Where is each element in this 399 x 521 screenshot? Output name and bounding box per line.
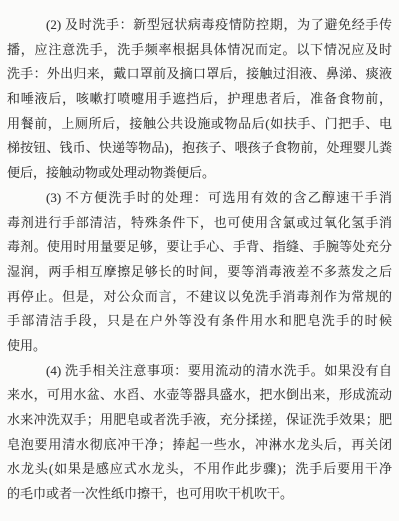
text-line: 的毛巾或者一次性纸巾擦干，也可用吹干机吹干。 bbox=[7, 482, 392, 507]
text-line: (3) 不方便洗手时的处理：可选用有效的含乙醇速干手消 bbox=[7, 186, 392, 211]
text-line: 再停止。但是，对公众而言，不建议以免洗手消毒剂作为常规的 bbox=[7, 285, 392, 310]
text-line: (4) 洗手相关注意事项：要用流动的清水洗手。如果没有自 bbox=[7, 359, 392, 384]
text-line: (2) 及时洗手：新型冠状病毒疫情防控期，为了避免经手传 bbox=[7, 13, 392, 38]
text-line: 便后，接触动物或处理动物粪便后。 bbox=[7, 161, 392, 186]
text-line: 和唾液后，咳嗽打喷嚏用手遮挡后，护理患者后，准备食物前， bbox=[7, 87, 392, 112]
text-line: 毒剂。使用时用量要足够，要让手心、手背、指缝、手腕等处充分 bbox=[7, 235, 392, 260]
text-line: 水来冲洗双手；用肥皂或者洗手液，充分揉搓，保证洗手效果；肥 bbox=[7, 408, 392, 433]
text-line: 皂泡要用清水彻底冲干净；捧起一些水，冲淋水龙头后，再关闭 bbox=[7, 433, 392, 458]
text-line: 洗手：外出归来，戴口罩前及摘口罩后，接触过泪液、鼻涕、痰液 bbox=[7, 62, 392, 87]
text-line: 湿润，两手相互摩擦足够长的时间，要等消毒液差不多蒸发之后 bbox=[7, 260, 392, 285]
text-line: 用餐前，上厕所后，接触公共设施或物品后(如扶手、门把手、电 bbox=[7, 112, 392, 137]
text-line: 梯按钮、钱币、快递等物品)，抱孩子、喂孩子食物前，处理婴儿粪 bbox=[7, 136, 392, 161]
paragraph-handwashing-precautions: (4) 洗手相关注意事项：要用流动的清水洗手。如果没有自 来水，可用水盆、水舀、… bbox=[7, 359, 392, 507]
text-line: 使用。 bbox=[7, 334, 392, 359]
text-line: 播，应注意洗手，洗手频率根据具体情况而定。以下情况应及时 bbox=[7, 38, 392, 63]
text-line: 来水，可用水盆、水舀、水壶等器具盛水，把水倒出来，形成流动 bbox=[7, 383, 392, 408]
document-page: (2) 及时洗手：新型冠状病毒疫情防控期，为了避免经手传 播，应注意洗手，洗手频… bbox=[0, 0, 399, 521]
paragraph-handwashing-alternatives: (3) 不方便洗手时的处理：可选用有效的含乙醇速干手消 毒剂进行手部清洁，特殊条… bbox=[7, 186, 392, 359]
text-line: 毒剂进行手部清洁，特殊条件下，也可使用含氯或过氧化氢手消 bbox=[7, 211, 392, 236]
text-line: 手部清洁手段，只是在户外等没有条件用水和肥皂洗手的时候 bbox=[7, 309, 392, 334]
paragraph-timely-handwashing: (2) 及时洗手：新型冠状病毒疫情防控期，为了避免经手传 播，应注意洗手，洗手频… bbox=[7, 13, 392, 186]
text-line: 水龙头(如果是感应式水龙头，不用作此步骤)；洗手后要用干净 bbox=[7, 457, 392, 482]
